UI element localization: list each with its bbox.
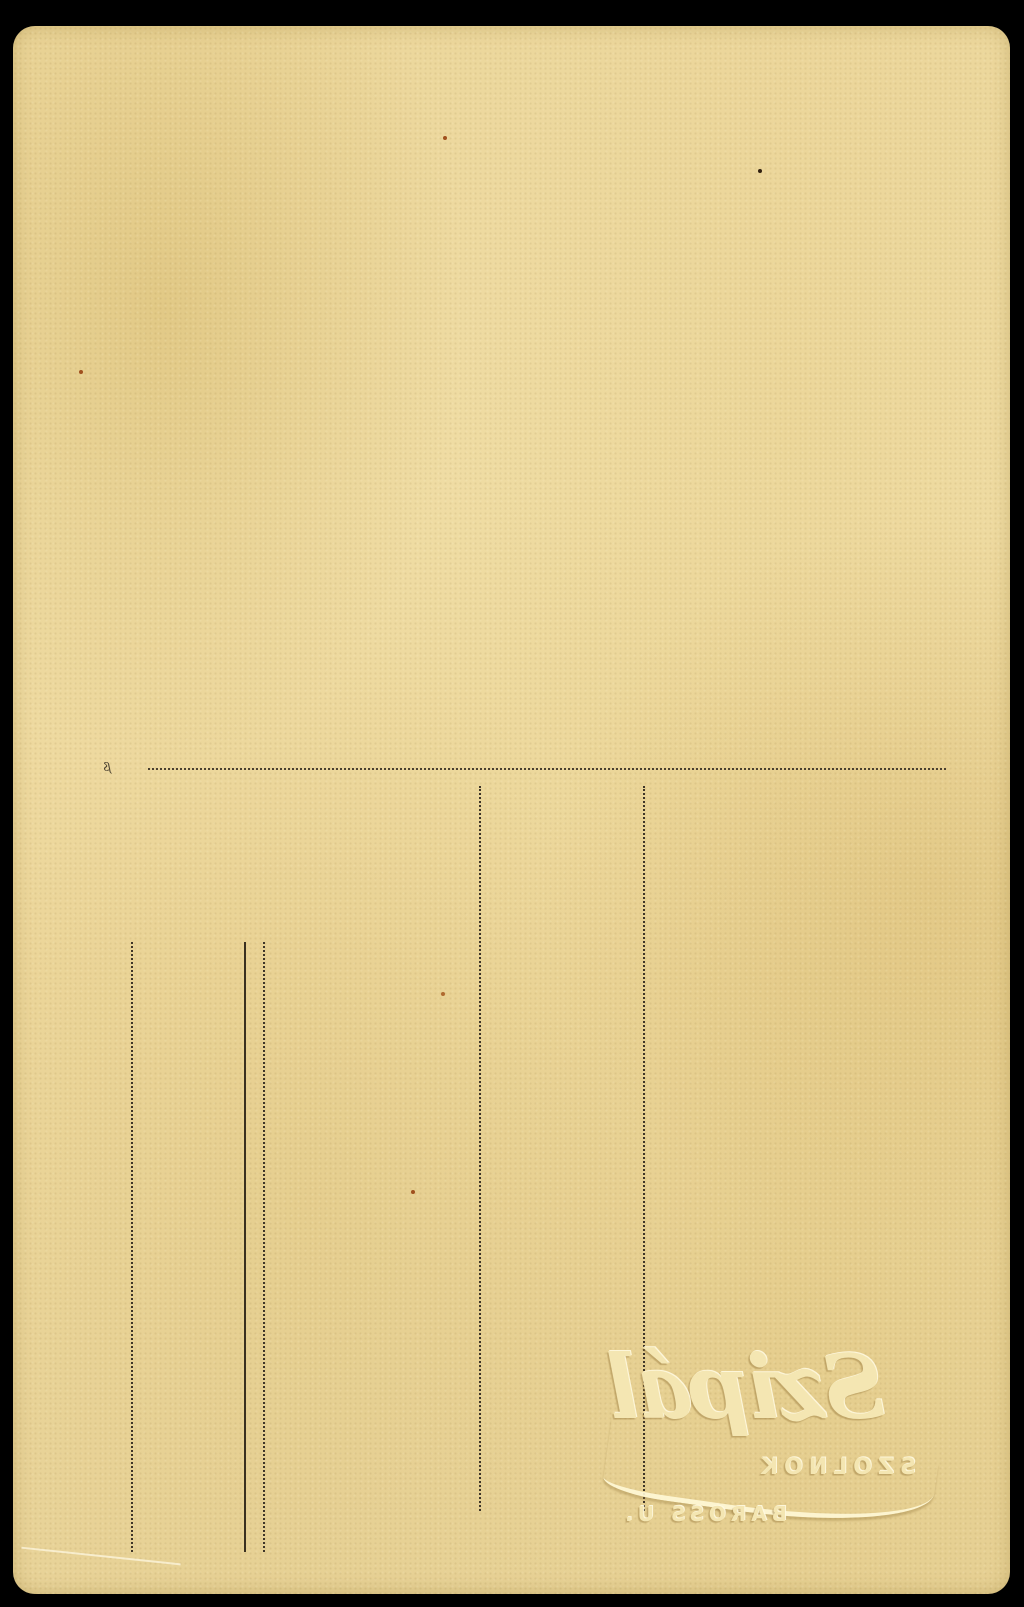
address-line-3 xyxy=(263,942,265,1552)
studio-emboss-street: BAROSS U. xyxy=(620,1502,787,1526)
foxing-spot xyxy=(79,370,83,374)
address-line-2 xyxy=(244,942,246,1552)
studio-emboss-logo: Szipál xyxy=(610,1335,885,1439)
studio-emboss-city: SZOLNOK xyxy=(755,1455,916,1480)
horizontal-divider-line xyxy=(148,768,946,770)
address-line-1 xyxy=(131,942,133,1552)
foxing-spot xyxy=(411,1190,415,1194)
vertical-divider-left xyxy=(479,786,481,1511)
foxing-spot xyxy=(441,992,445,996)
print-mark: ß xyxy=(103,760,111,774)
foxing-spot xyxy=(443,136,447,140)
foxing-spot xyxy=(758,169,762,173)
